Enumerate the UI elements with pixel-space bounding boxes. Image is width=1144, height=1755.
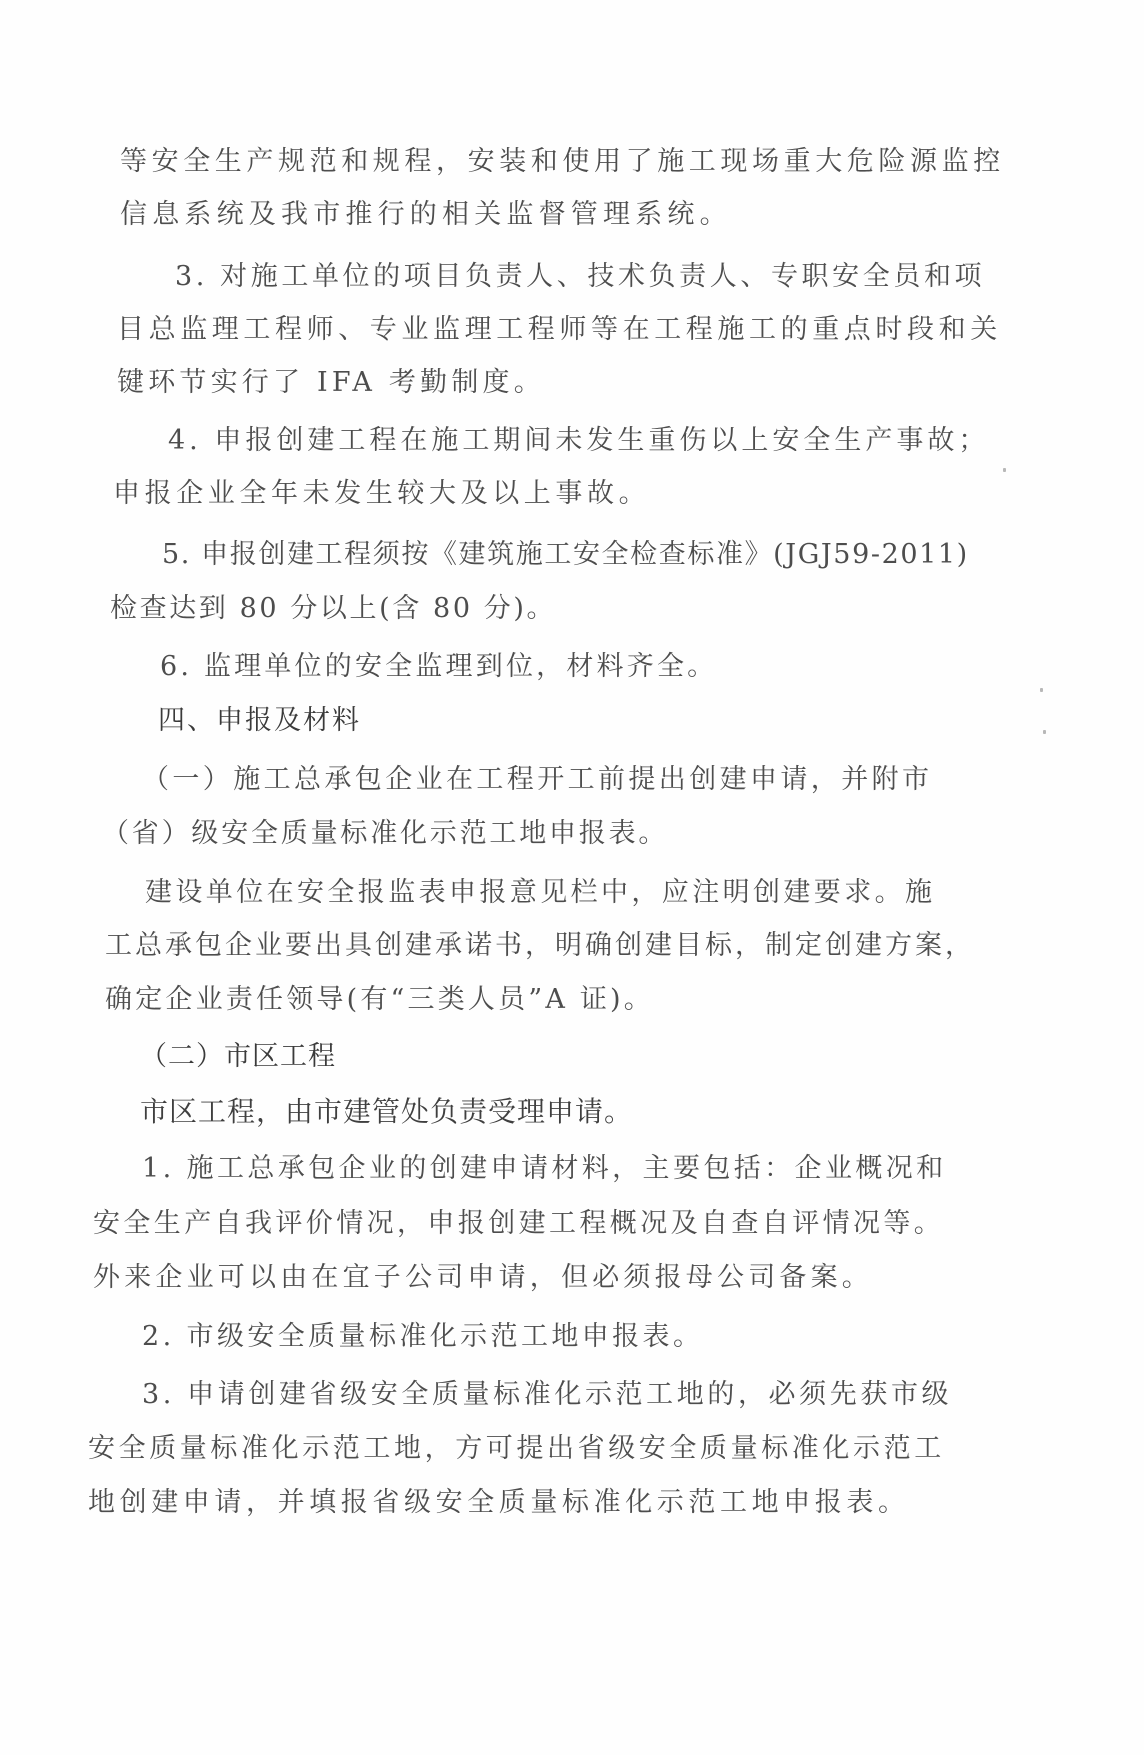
body-text-line: 申报企业全年未发生较大及以上事故。 <box>113 477 650 511</box>
body-text-line: （省）级安全质量标准化示范工地申报表。 <box>102 817 668 851</box>
body-text-line: 外来企业可以由在宜子公司申请，但必须报母公司备案。 <box>93 1261 873 1295</box>
list-item-4: 4. 申报创建工程在施工期间未发生重伤以上安全生产事故； <box>168 424 989 458</box>
body-text-line: 键环节实行了 IFA 考勤制度。 <box>117 366 545 400</box>
body-text-line: 安全生产自我评价情况，申报创建工程概况及自查自评情况等。 <box>93 1207 944 1241</box>
body-text-line: 目总监理工程师、专业监理工程师等在工程施工的重点时段和关 <box>117 313 1002 347</box>
list-item-3b: 3. 申请创建省级安全质量标准化示范工地的，必须先获市级 <box>142 1378 952 1412</box>
subsection-1-text: （一）施工总承包企业在工程开工前提出创建申请，并附市 <box>142 763 932 797</box>
body-text-line: 安全质量标准化示范工地，方可提出省级安全质量标准化示范工 <box>88 1432 945 1466</box>
body-text-line: 确定企业责任领导(有“三类人员”A 证)。 <box>105 983 654 1017</box>
scan-speck <box>1040 688 1043 692</box>
body-text-line: 建设单位在安全报监表申报意见栏中，应注明创建要求。施 <box>145 876 935 910</box>
body-text-line: 等安全生产规范和规程，安装和使用了施工现场重大危险源监控 <box>120 145 1005 179</box>
body-text-line: 工总承包企业要出具创建承诺书，明确创建目标，制定创建方案， <box>105 929 975 963</box>
section-heading-4: 四、申报及材料 <box>158 704 361 738</box>
body-text-line: 地创建申请，并填报省级安全质量标准化示范工地申报表。 <box>88 1486 910 1520</box>
body-text-line: 市区工程，由市建管处负责受理申请。 <box>140 1095 633 1129</box>
scanned-document-page: 等安全生产规范和规程，安装和使用了施工现场重大危险源监控 信息系统及我市推行的相… <box>0 0 1144 1755</box>
list-item-3: 3. 对施工单位的项目负责人、技术负责人、专职安全员和项 <box>175 260 985 294</box>
body-text-line: 信息系统及我市推行的相关监督管理系统。 <box>120 198 732 232</box>
subsection-heading-2: （二）市区工程 <box>140 1040 336 1074</box>
list-item-2: 2. 市级安全质量标准化示范工地申报表。 <box>142 1320 703 1354</box>
scan-speck <box>1043 730 1046 734</box>
scan-speck <box>1003 468 1006 472</box>
list-item-5: 5. 申报创建工程须按《建筑施工安全检查标准》(JGJ59-2011) <box>162 538 969 572</box>
list-item-6: 6. 监理单位的安全监理到位，材料齐全。 <box>160 650 717 684</box>
body-text-line: 检查达到 80 分以上(含 80 分)。 <box>110 592 556 626</box>
list-item-1: 1. 施工总承包企业的创建申请材料，主要包括：企业概况和 <box>142 1152 947 1186</box>
